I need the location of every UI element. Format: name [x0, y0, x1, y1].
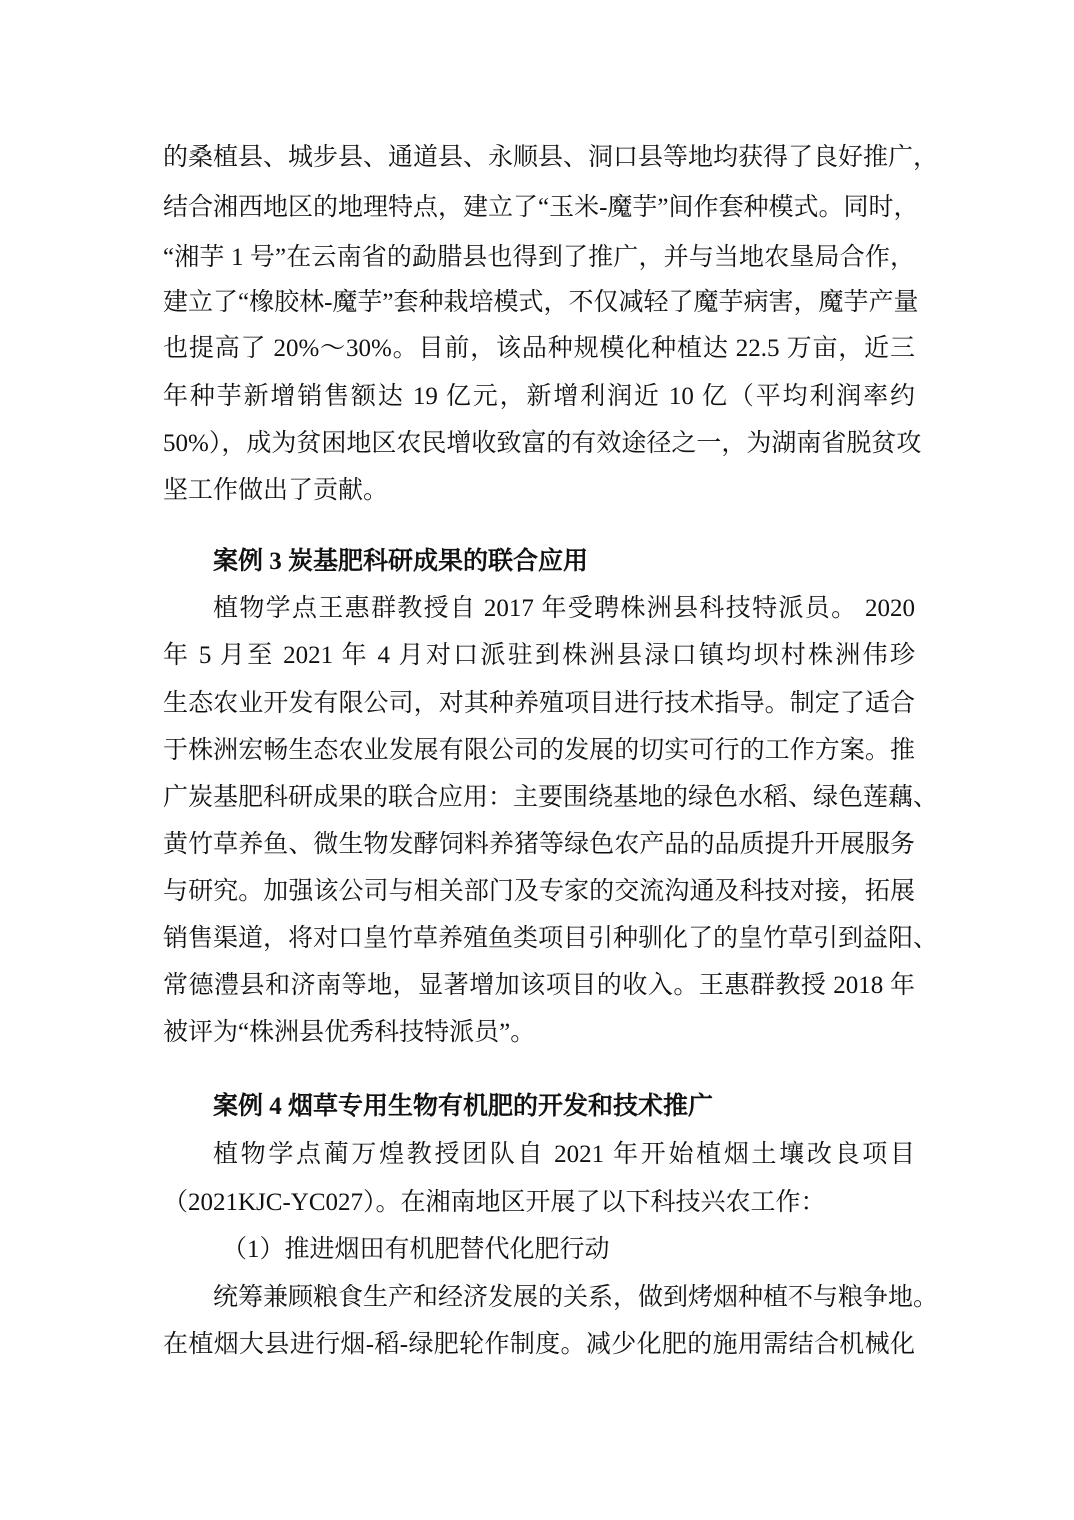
paragraph-line: 统筹兼顾粮食生产和经济发展的关系，做到烤烟种植不与粮争地。 — [213, 1282, 915, 1314]
paragraph-line: 建立了“橡胶林-魔芋”套种栽培模式，不仅减轻了魔芋病害，魔芋产量 — [163, 287, 915, 319]
paragraph-line: 的桑植县、城步县、通道县、永顺县、洞口县等地均获得了良好推广， — [163, 142, 915, 174]
paragraph-line: 结合湘西地区的地理特点，建立了“玉米-魔芋”间作套种模式。同时， — [163, 192, 915, 224]
paragraph-line: 生态农业开发有限公司，对其种养殖项目进行技术指导。制定了适合 — [163, 688, 915, 720]
paragraph-line: 广炭基肥科研成果的联合应用：主要围绕基地的绿色水稻、绿色莲藕、 — [163, 782, 915, 814]
paragraph-line: 销售渠道，将对口皇竹草养殖鱼类项目引种驯化了的皇竹草引到益阳、 — [163, 923, 915, 955]
paragraph-line: 也提高了 20%～30%。目前，该品种规模化种植达 22.5 万亩，近三 — [163, 333, 915, 365]
paragraph-line: （2021KJC-YC027）。在湘南地区开展了以下科技兴农工作： — [163, 1187, 915, 1219]
paragraph-line: 于株洲宏畅生态农业发展有限公司的发展的切实可行的工作方案。推 — [163, 735, 915, 767]
paragraph-line: 年 5 月至 2021 年 4 月对口派驻到株洲县渌口镇均坝村株洲伟珍 — [163, 640, 915, 672]
paragraph-line: 植物学点王惠群教授自 2017 年受聘株洲县科技特派员。 2020 — [213, 593, 915, 625]
paragraph-line: 黄竹草养鱼、微生物发酵饲料养猪等绿色农产品的品质提升开展服务 — [163, 829, 915, 861]
paragraph-line: 常德澧县和济南等地，显著增加该项目的收入。王惠群教授 2018 年 — [163, 970, 915, 1002]
paragraph-line: 在植烟大县进行烟-稻-绿肥轮作制度。减少化肥的施用需结合机械化 — [163, 1329, 915, 1361]
paragraph-line: 50%），成为贫困地区农民增收致富的有效途径之一，为湖南省脱贫攻 — [163, 428, 915, 460]
paragraph-line: 被评为“株洲县优秀科技特派员”。 — [163, 1017, 915, 1049]
paragraph-line: 植物学点蔺万煌教授团队自 2021 年开始植烟土壤改良项目 — [213, 1139, 915, 1171]
subheading: （1）推进烟田有机肥替代化肥行动 — [222, 1234, 974, 1266]
paragraph-line: 与研究。加强该公司与相关部门及专家的交流沟通及科技对接，拓展 — [163, 876, 915, 908]
case-3-heading: 案例 3 炭基肥科研成果的联合应用 — [213, 546, 588, 578]
paragraph-line: 年种芋新增销售额达 19 亿元，新增利润近 10 亿（平均利润率约 — [163, 381, 915, 413]
paragraph-line: “湘芋 1 号”在云南省的勐腊县也得到了推广，并与当地农垦局合作， — [163, 242, 915, 274]
case-4-heading: 案例 4 烟草专用生物有机肥的开发和技术推广 — [213, 1091, 713, 1123]
paragraph-line: 坚工作做出了贡献。 — [163, 475, 915, 507]
